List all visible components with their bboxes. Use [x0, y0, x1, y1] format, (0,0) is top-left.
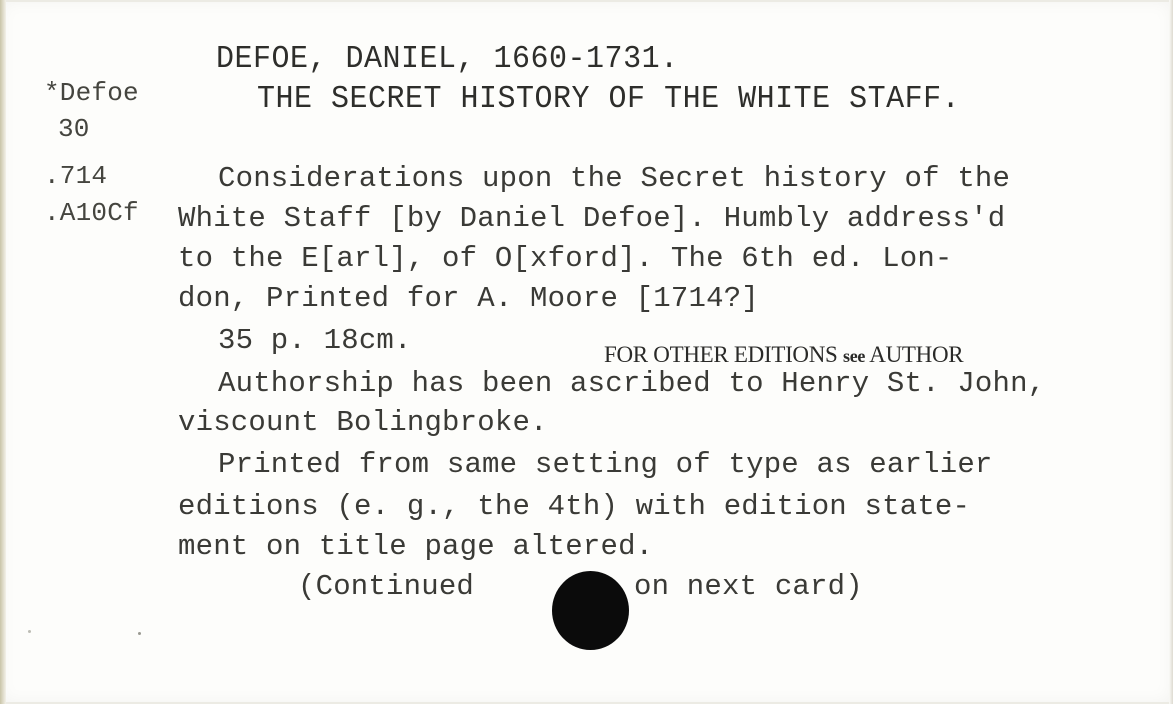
title-heading: THE SECRET HISTORY OF THE WHITE STAFF.	[257, 84, 960, 116]
stamp-author: AUTHOR	[869, 342, 963, 367]
stamp-see: see	[843, 346, 865, 366]
body-line-1: Considerations upon the Secret history o…	[218, 164, 1010, 193]
continued-right: on next card)	[634, 572, 863, 601]
body-line-2: White Staff [by Daniel Defoe]. Humbly ad…	[178, 204, 1005, 233]
other-editions-stamp: FOR OTHER EDITIONS see AUTHOR	[604, 342, 963, 368]
call-number-line-2: 30	[58, 116, 90, 142]
note-line-4: editions (e. g., the 4th) with edition s…	[178, 492, 970, 521]
speck	[138, 632, 141, 635]
stamp-main: FOR OTHER EDITIONS	[604, 342, 838, 367]
speck	[28, 630, 31, 633]
catalog-card: *Defoe 30 .714 .A10Cf DEFOE, DANIEL, 166…	[0, 0, 1173, 704]
author-heading: DEFOE, DANIEL, 1660-1731.	[216, 44, 679, 76]
note-line-3: Printed from same setting of type as ear…	[218, 450, 993, 479]
call-number-line-1: *Defoe	[44, 80, 139, 106]
body-line-3: to the E[arl], of O[xford]. The 6th ed. …	[178, 244, 953, 273]
call-number-line-4: .A10Cf	[44, 200, 139, 226]
card-left-edge	[0, 0, 6, 704]
body-line-4: don, Printed for A. Moore [1714?]	[178, 284, 759, 313]
note-line-1: Authorship has been ascribed to Henry St…	[218, 369, 1045, 398]
collation: 35 p. 18cm.	[218, 326, 412, 355]
card-right-edge	[1169, 0, 1173, 704]
note-line-5: ment on title page altered.	[178, 532, 653, 561]
punch-hole	[552, 571, 629, 650]
continued-left: (Continued	[298, 572, 474, 601]
note-line-2: viscount Bolingbroke.	[178, 408, 548, 437]
call-number-line-3: .714	[44, 163, 107, 189]
